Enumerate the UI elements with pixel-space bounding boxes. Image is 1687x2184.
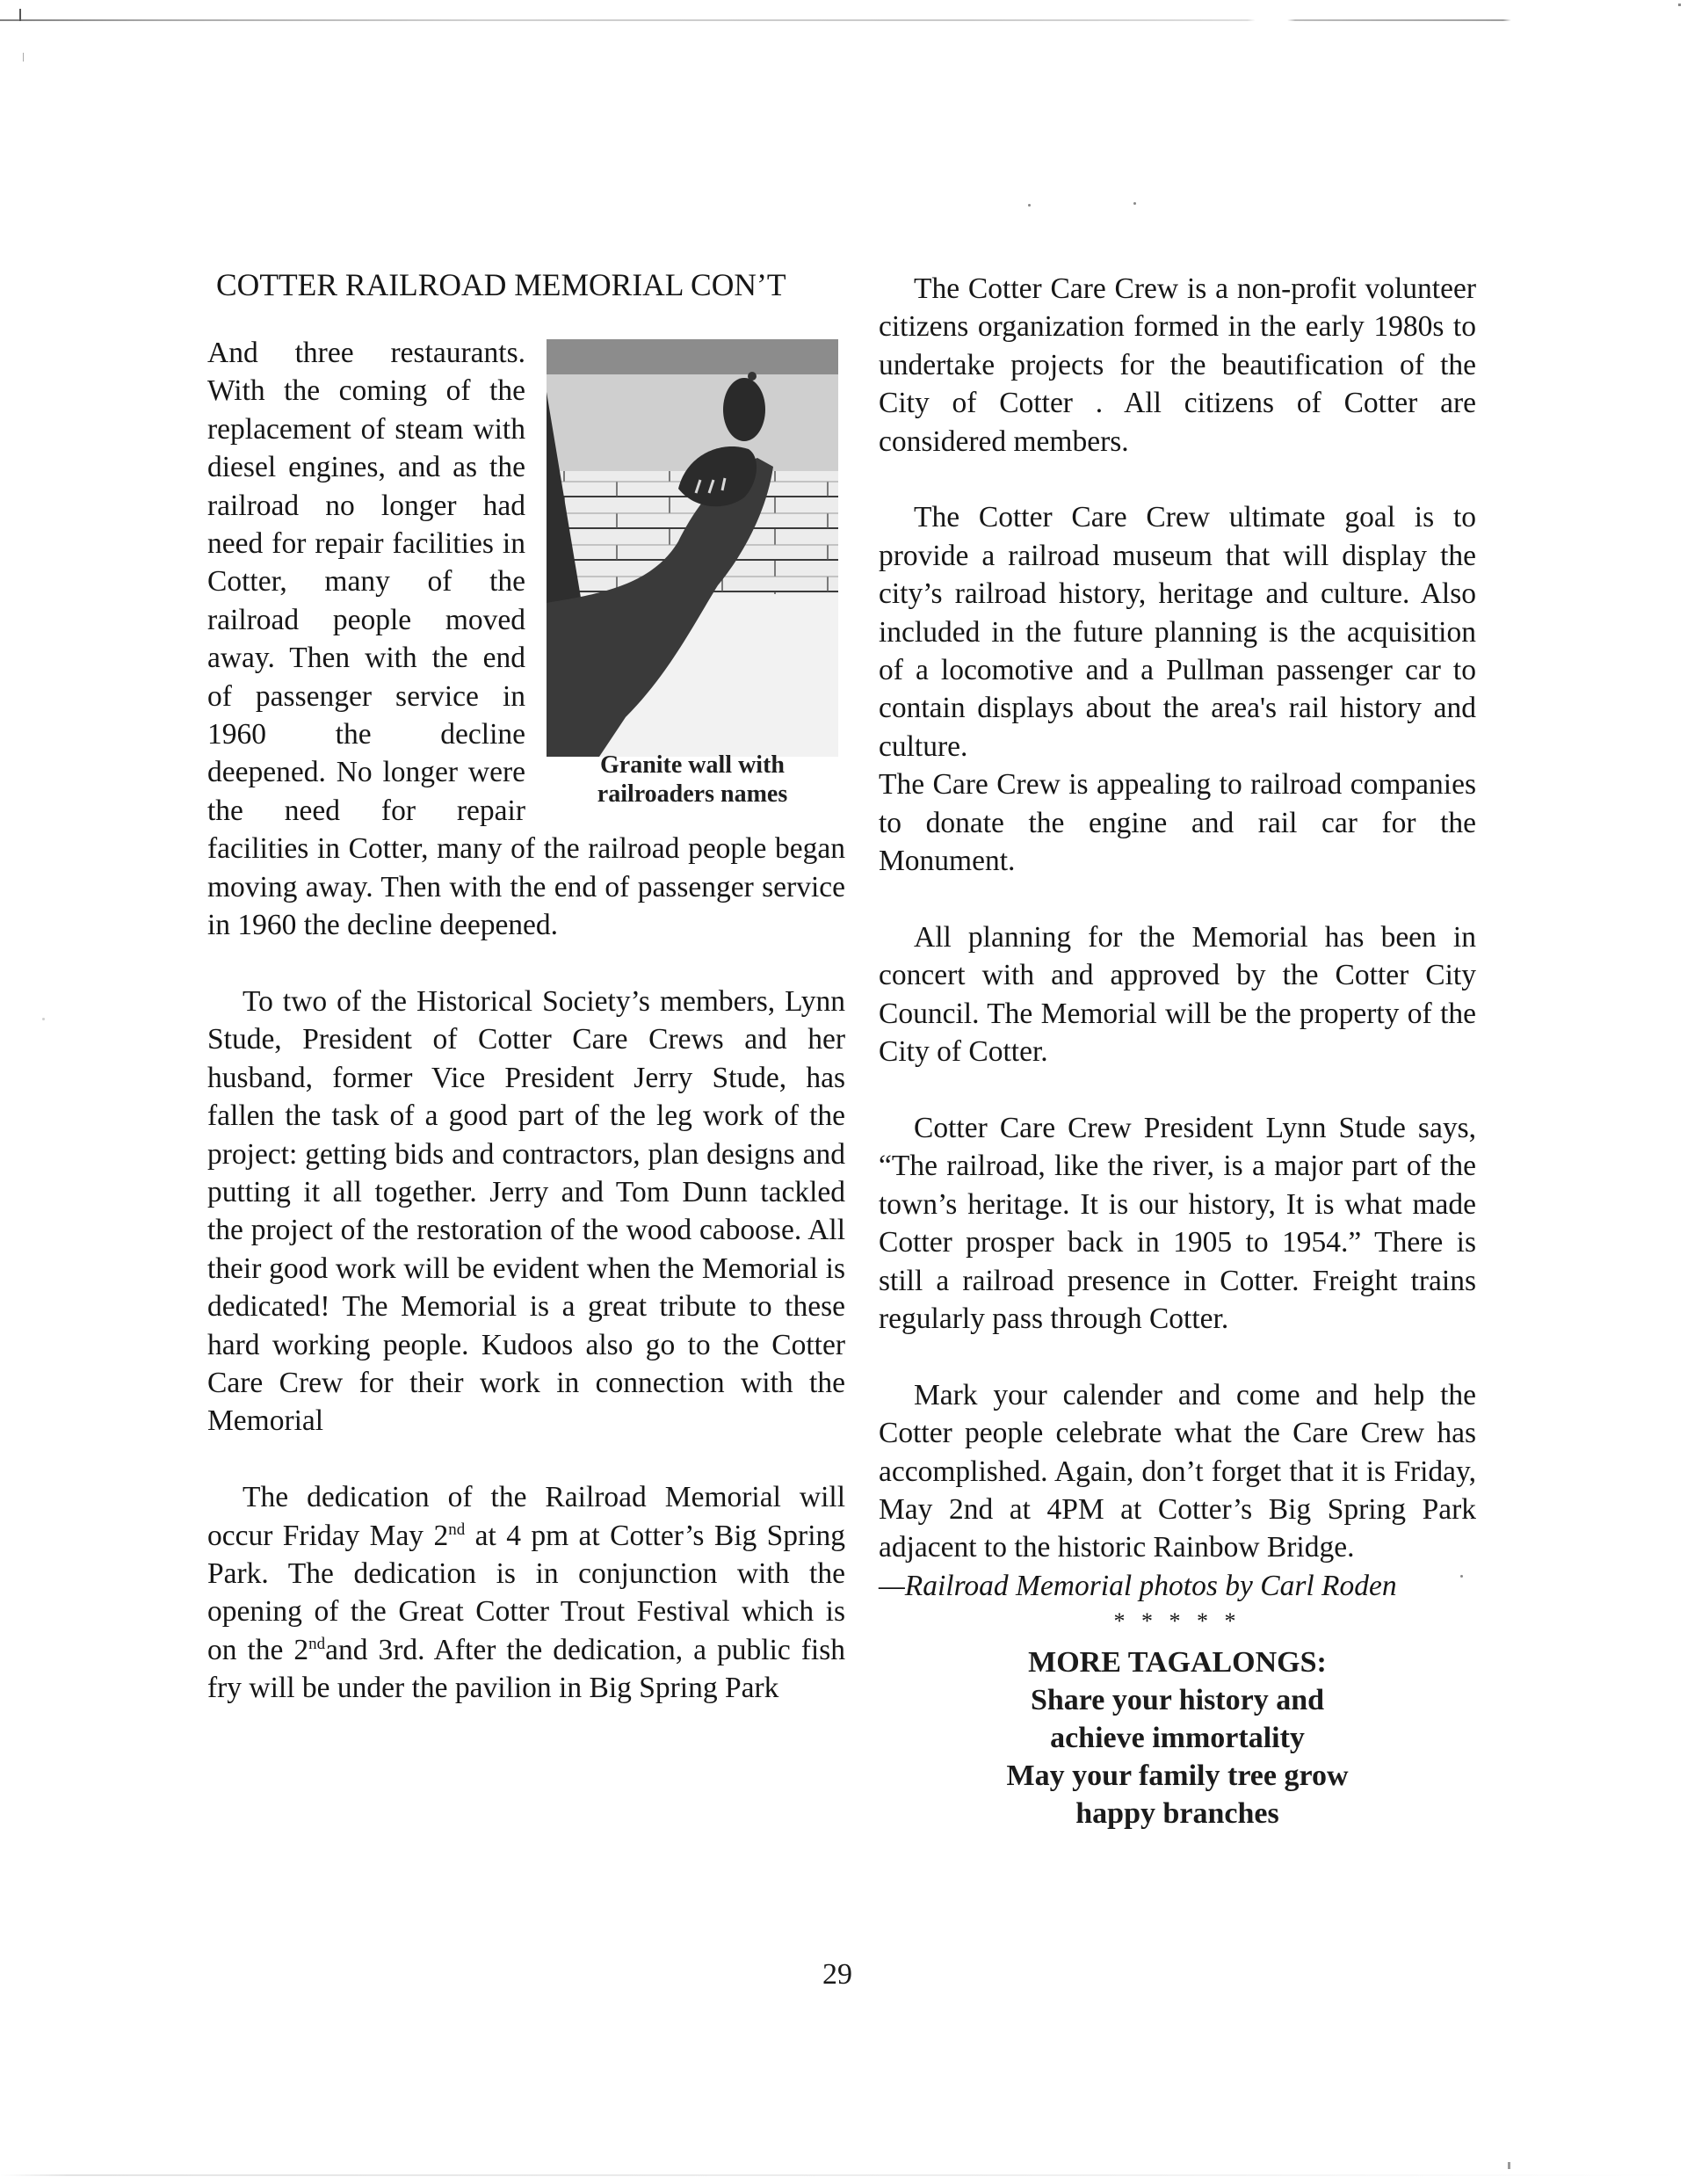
tagalongs-line: happy branches (879, 1795, 1476, 1832)
tagalongs-heading: MORE TAGALONGS: (879, 1643, 1476, 1681)
scan-speck (42, 1018, 45, 1020)
museum-goal-paragraph: The Cotter Care Crew ultimate goal is to… (879, 498, 1476, 765)
scan-speck (1028, 204, 1031, 207)
donation-appeal-paragraph: The Care Crew is appealing to railroad c… (879, 765, 1476, 880)
scan-mark (23, 53, 24, 62)
left-column: Granite wall with railroaders names And … (207, 334, 845, 1708)
caption-line-2: railroaders names (536, 780, 849, 809)
photo-credit: —Railroad Memorial photos by Carl Roden (879, 1567, 1476, 1605)
memorial-photo (547, 339, 838, 757)
historical-society-paragraph: To two of the Historical Society’s membe… (207, 983, 845, 1440)
page-number: 29 (0, 1958, 1675, 1992)
ordinal-suffix: nd (448, 1520, 465, 1539)
hand-holding-watch-sculpture-image (547, 339, 838, 757)
care-crew-paragraph: The Cotter Care Crew is a non-profit vol… (879, 270, 1476, 461)
caption-line-1: Granite wall with (536, 751, 849, 780)
section-separator: * * * * * (879, 1607, 1476, 1636)
scan-edge-line-bottom (0, 2174, 1687, 2176)
tagalongs-line: achieve immortality (879, 1719, 1476, 1757)
scan-speck (1460, 1575, 1463, 1578)
president-quote-paragraph: Cotter Care Crew President Lynn Stude sa… (879, 1109, 1476, 1338)
photo-figure: Granite wall with railroaders names (536, 339, 849, 824)
dedication-paragraph: The dedication of the Railroad Memorial … (207, 1478, 845, 1707)
scan-mark (19, 9, 21, 21)
right-column: The Cotter Care Crew is a non-profit vol… (879, 270, 1476, 1832)
scan-mark (1678, 4, 1681, 6)
tagalongs-line: May your family tree grow (879, 1757, 1476, 1795)
article-title: COTTER RAILROAD MEMORIAL CON’T (216, 266, 786, 303)
scan-edge-line-top (0, 19, 1599, 21)
ordinal-suffix: nd (308, 1635, 325, 1653)
scan-speck (1133, 202, 1136, 205)
calendar-paragraph: Mark your calender and come and help the… (879, 1376, 1476, 1567)
photo-caption: Granite wall with railroaders names (536, 751, 849, 809)
scan-mark (1508, 2162, 1510, 2169)
planning-paragraph: All planning for the Memorial has been i… (879, 918, 1476, 1071)
tagalongs-box: MORE TAGALONGS: Share your history and a… (879, 1643, 1476, 1832)
tagalongs-line: Share your history and (879, 1681, 1476, 1719)
